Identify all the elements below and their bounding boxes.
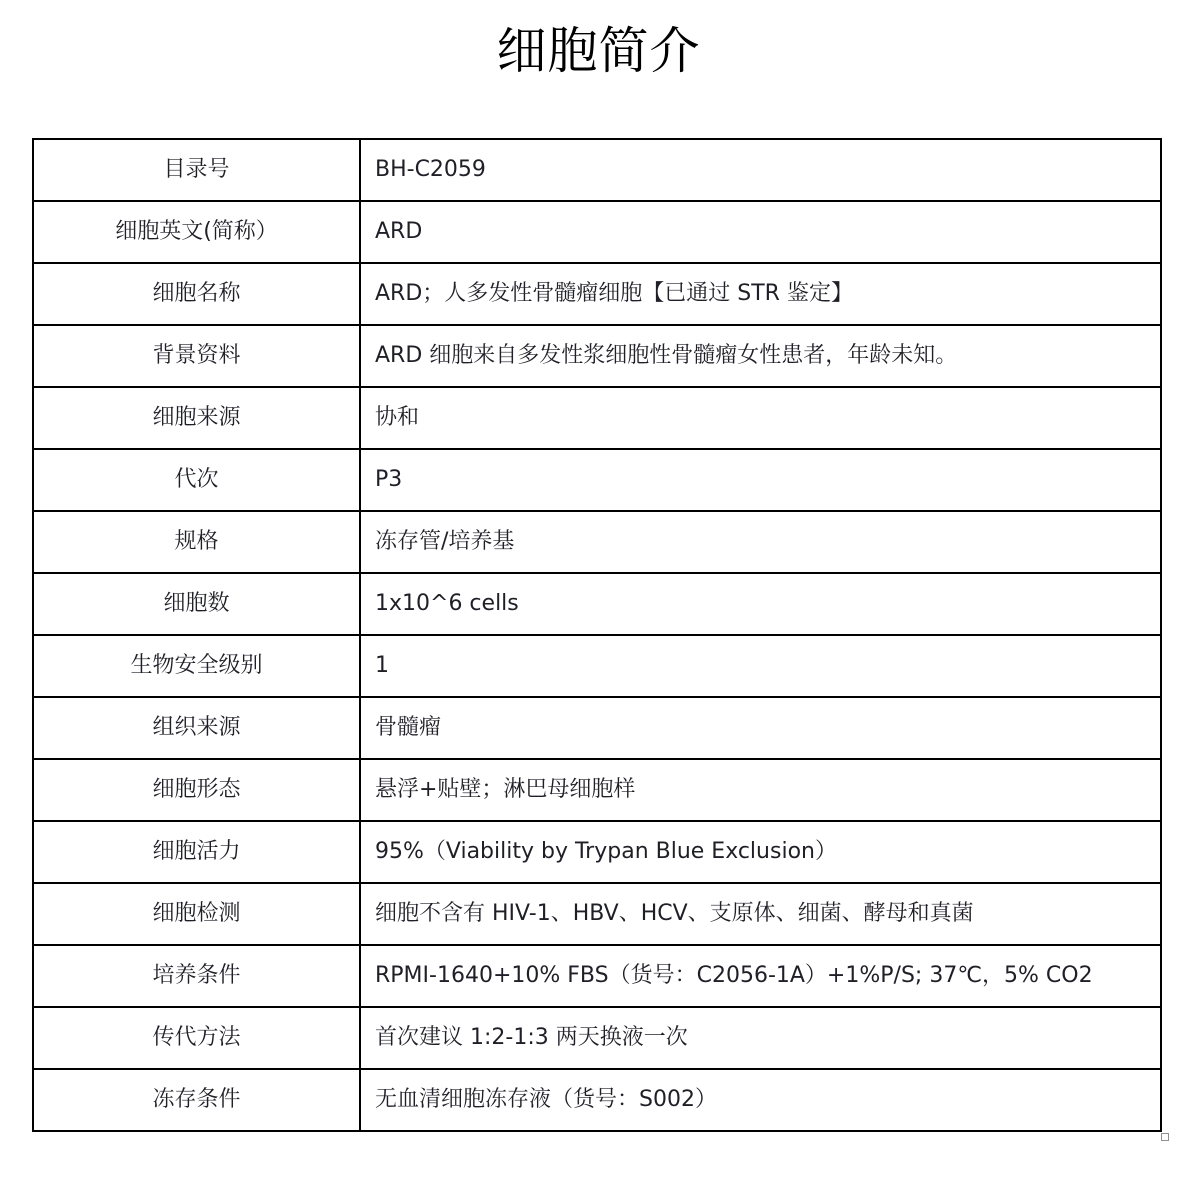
table-resize-handle-icon[interactable] xyxy=(1161,1133,1169,1141)
table-row: 传代方法 首次建议 1:2-1:3 两天换液一次 xyxy=(33,1007,1161,1069)
row-value: P3 xyxy=(360,449,1161,511)
row-value: 悬浮+贴壁；淋巴母细胞样 xyxy=(360,759,1161,821)
table-row: 代次 P3 xyxy=(33,449,1161,511)
table-row: 目录号 BH-C2059 xyxy=(33,139,1161,201)
row-label: 细胞名称 xyxy=(33,263,360,325)
row-value: ARD；人多发性骨髓瘤细胞【已通过 STR 鉴定】 xyxy=(360,263,1161,325)
row-value: 1x10^6 cells xyxy=(360,573,1161,635)
row-value: RPMI-1640+10% FBS（货号：C2056-1A）+1%P/S; 37… xyxy=(360,945,1161,1007)
row-value: ARD 细胞来自多发性浆细胞性骨髓瘤女性患者，年龄未知。 xyxy=(360,325,1161,387)
row-label: 背景资料 xyxy=(33,325,360,387)
row-label: 目录号 xyxy=(33,139,360,201)
table-row: 组织来源 骨髓瘤 xyxy=(33,697,1161,759)
row-value: 1 xyxy=(360,635,1161,697)
table-row: 细胞检测 细胞不含有 HIV-1、HBV、HCV、支原体、细菌、酵母和真菌 xyxy=(33,883,1161,945)
row-label: 细胞形态 xyxy=(33,759,360,821)
row-label: 组织来源 xyxy=(33,697,360,759)
row-label: 细胞英文(简称） xyxy=(33,201,360,263)
row-value: 无血清细胞冻存液（货号：S002） xyxy=(360,1069,1161,1131)
page-title: 细胞简介 xyxy=(0,20,1197,82)
row-label: 细胞活力 xyxy=(33,821,360,883)
row-value: 首次建议 1:2-1:3 两天换液一次 xyxy=(360,1007,1161,1069)
row-value: 细胞不含有 HIV-1、HBV、HCV、支原体、细菌、酵母和真菌 xyxy=(360,883,1161,945)
row-label: 生物安全级别 xyxy=(33,635,360,697)
row-label: 细胞来源 xyxy=(33,387,360,449)
row-label: 培养条件 xyxy=(33,945,360,1007)
table-row: 冻存条件 无血清细胞冻存液（货号：S002） xyxy=(33,1069,1161,1131)
row-label: 冻存条件 xyxy=(33,1069,360,1131)
table-row: 细胞形态 悬浮+贴壁；淋巴母细胞样 xyxy=(33,759,1161,821)
table-row: 生物安全级别 1 xyxy=(33,635,1161,697)
cell-info-table: 目录号 BH-C2059 细胞英文(简称） ARD 细胞名称 ARD；人多发性骨… xyxy=(32,138,1162,1132)
row-value: BH-C2059 xyxy=(360,139,1161,201)
row-value: 冻存管/培养基 xyxy=(360,511,1161,573)
table-row: 细胞数 1x10^6 cells xyxy=(33,573,1161,635)
row-value: 骨髓瘤 xyxy=(360,697,1161,759)
row-label: 规格 xyxy=(33,511,360,573)
table-row: 规格 冻存管/培养基 xyxy=(33,511,1161,573)
table-row: 背景资料 ARD 细胞来自多发性浆细胞性骨髓瘤女性患者，年龄未知。 xyxy=(33,325,1161,387)
cell-info-table-container: 目录号 BH-C2059 细胞英文(简称） ARD 细胞名称 ARD；人多发性骨… xyxy=(32,138,1162,1132)
table-row: 细胞名称 ARD；人多发性骨髓瘤细胞【已通过 STR 鉴定】 xyxy=(33,263,1161,325)
table-row: 培养条件 RPMI-1640+10% FBS（货号：C2056-1A）+1%P/… xyxy=(33,945,1161,1007)
row-label: 代次 xyxy=(33,449,360,511)
table-row: 细胞来源 协和 xyxy=(33,387,1161,449)
row-value: 95%（Viability by Trypan Blue Exclusion） xyxy=(360,821,1161,883)
table-row: 细胞英文(简称） ARD xyxy=(33,201,1161,263)
row-label: 细胞数 xyxy=(33,573,360,635)
row-label: 传代方法 xyxy=(33,1007,360,1069)
table-row: 细胞活力 95%（Viability by Trypan Blue Exclus… xyxy=(33,821,1161,883)
row-value: 协和 xyxy=(360,387,1161,449)
row-value: ARD xyxy=(360,201,1161,263)
row-label: 细胞检测 xyxy=(33,883,360,945)
